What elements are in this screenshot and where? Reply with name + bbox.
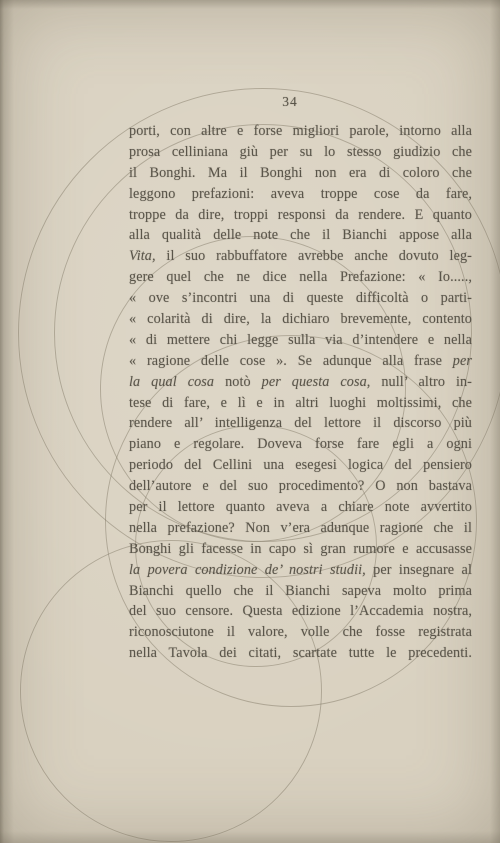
text-segment: rendere all’ intelligenza del lettore il… [129,415,472,431]
text-line: gere quel che ne dice nella Prefazione: … [129,267,472,288]
text-line: Bonghi gli facesse in capo sì gran rumor… [129,539,472,560]
text-segment: « ove s’incontri una di queste difficolt… [129,290,472,306]
text-segment: alla qualità delle note che il Bianchi a… [129,227,472,243]
italic-text-segment: la povera condizione de’ nostri studii, [129,562,366,578]
text-segment: leggono prefazioni: aveva troppe cose da… [129,186,472,202]
italic-text-segment: Vita, [129,248,156,264]
text-line: prosa celliniana giù per su lo stesso gi… [129,142,472,163]
text-segment: nella prefazione? Non v’era adunque ragi… [129,520,472,536]
text-segment: Bonghi gli facesse in capo sì gran rumor… [129,541,472,557]
book-page: 34 porti, con altre e forse migliori par… [0,0,500,843]
text-line: leggono prefazioni: aveva troppe cose da… [129,184,472,205]
text-line: periodo del Cellini una esegesi logica d… [129,455,472,476]
text-line: dell’autore e del suo procedimento? O no… [129,476,472,497]
text-segment: notò [214,374,262,390]
text-line: « colarità di dire, la dichiaro brevemen… [129,309,472,330]
text-line: Vita, il suo rabbuffatore avrebbe anche … [129,246,472,267]
text-line: Bianchi quello che il Bianchi sapeva mol… [129,581,472,602]
text-segment: per insegnare al [366,562,472,578]
text-segment: « colarità di dire, la dichiaro brevemen… [129,311,472,327]
text-segment: per il lettore quanto aveva a chiare not… [129,499,472,515]
text-segment: del suo censore. Questa edizione l’Accad… [129,603,472,619]
text-segment: il suo rabbuffatore avrebbe anche dovuto… [156,248,472,264]
text-line: alla qualità delle note che il Bianchi a… [129,225,472,246]
text-line: la qual cosa notò per questa cosa, null’… [129,372,472,393]
italic-text-segment: per [453,353,472,369]
text-block: porti, con altre e forse migliori parole… [129,121,472,664]
text-segment: porti, con altre e forse migliori parole… [129,123,472,139]
text-segment: nella Tavola dei citati, scartate tutte … [129,645,472,661]
text-line: « ragione delle cose ». Se adunque alla … [129,351,472,372]
text-line: « ove s’incontri una di queste difficolt… [129,288,472,309]
text-segment: dell’autore e del suo procedimento? O no… [129,478,472,494]
text-segment: gere quel che ne dice nella Prefazione: … [129,269,472,285]
italic-text-segment: per questa cosa [262,374,367,390]
text-segment: , null’ altro in- [367,374,472,390]
text-segment: riconosciutone il valore, volle che foss… [129,624,472,640]
text-line: la povera condizione de’ nostri studii, … [129,560,472,581]
text-line: tese di fare, e lì e in altri luoghi mol… [129,393,472,414]
text-segment: prosa celliniana giù per su lo stesso gi… [129,144,472,160]
text-segment: piano e regolare. Doveva forse fare egli… [129,436,472,452]
text-segment: Bianchi quello che il Bianchi sapeva mol… [129,583,472,599]
text-segment: tese di fare, e lì e in altri luoghi mol… [129,395,472,411]
text-segment: « ragione delle cose ». Se adunque alla … [129,353,453,369]
text-line: nella Tavola dei citati, scartate tutte … [129,643,472,664]
text-line: troppe da dire, troppi responsi da rende… [129,205,472,226]
text-line: riconosciutone il valore, volle che foss… [129,622,472,643]
text-line: il Bonghi. Ma il Bonghi non era di color… [129,163,472,184]
text-line: per il lettore quanto aveva a chiare not… [129,497,472,518]
text-line: piano e regolare. Doveva forse fare egli… [129,434,472,455]
text-segment: « di mettere chi legge sulla via d’inten… [129,332,472,348]
text-line: rendere all’ intelligenza del lettore il… [129,413,472,434]
text-line: porti, con altre e forse migliori parole… [129,121,472,142]
page-number: 34 [119,94,461,110]
text-segment: periodo del Cellini una esegesi logica d… [129,457,472,473]
text-line: « di mettere chi legge sulla via d’inten… [129,330,472,351]
text-segment: il Bonghi. Ma il Bonghi non era di color… [129,165,472,181]
text-line: del suo censore. Questa edizione l’Accad… [129,601,472,622]
text-line: nella prefazione? Non v’era adunque ragi… [129,518,472,539]
italic-text-segment: la qual cosa [129,374,214,390]
text-segment: troppe da dire, troppi responsi da rende… [129,207,472,223]
